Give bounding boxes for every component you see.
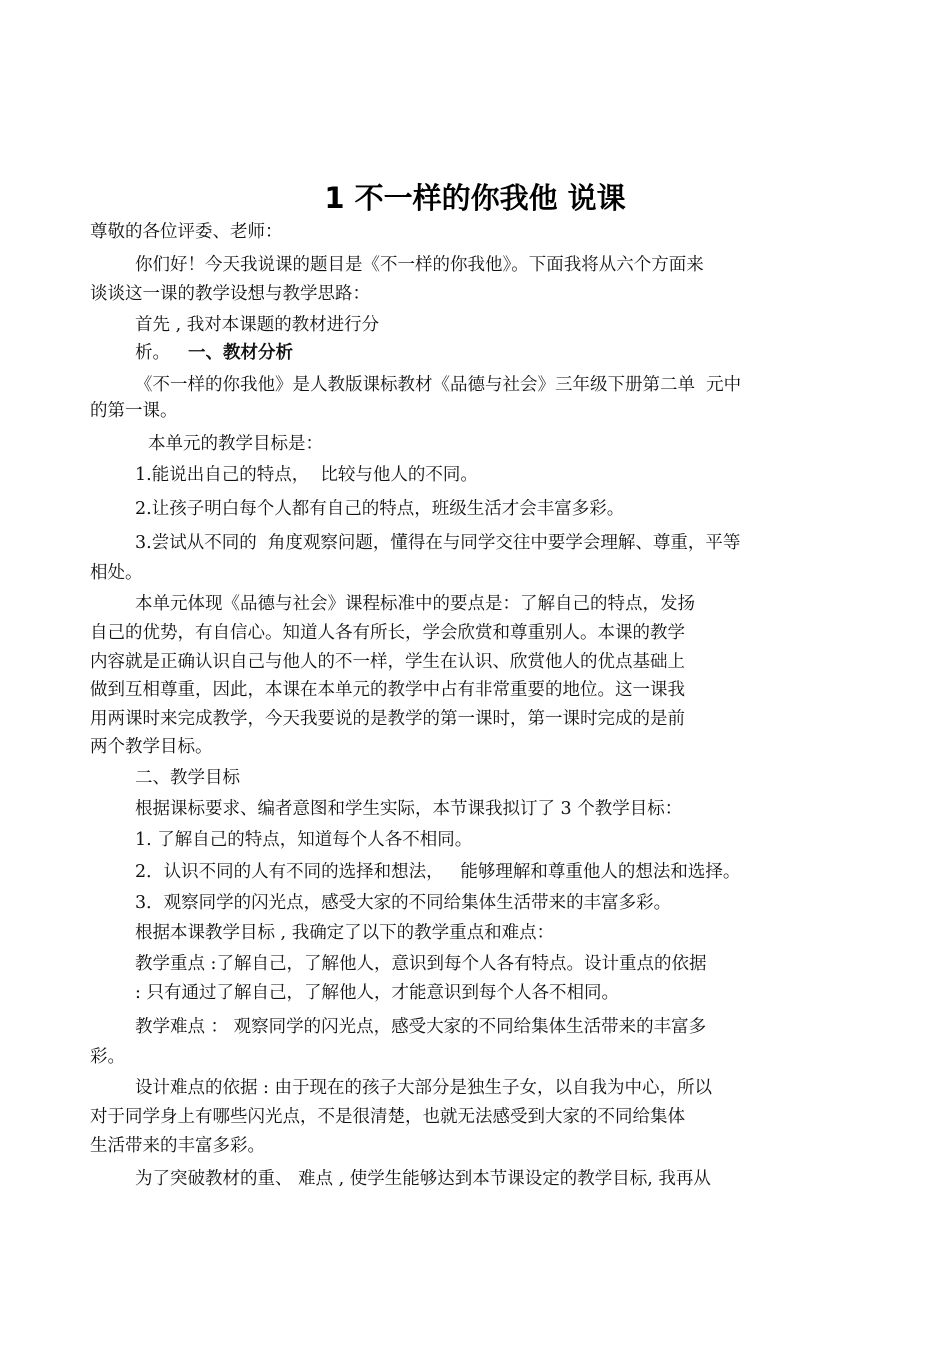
paragraph-line: 生活带来的丰富多彩。 [90, 1134, 265, 1158]
paragraph-line: 谈谈这一课的教学设想与教学思路： [90, 282, 370, 306]
list-item: 1.能说出自己的特点， 比较与他人的不同。 [135, 463, 478, 487]
paragraph-line: 设计难点的依据 : 由于现在的孩子大部分是独生子女，以自我为中心，所以 [135, 1076, 712, 1100]
paragraph-line: : 只有通过了解自己，了解他人，才能意识到每个人各不相同。 [135, 981, 619, 1005]
document-title: 1 不一样的你我他 说课 [0, 178, 950, 218]
paragraph-line: 自己的优势，有自信心。知道人各有所长，学会欣赏和尊重别人。本课的教学 [90, 621, 685, 645]
paragraph-line: 析。 [135, 341, 170, 365]
paragraph-line: 教学难点 ： 观察同学的闪光点，感受大家的不同给集体生活带来的丰富多 [135, 1015, 706, 1039]
paragraph-line: 本单元的教学目标是： [148, 432, 323, 456]
paragraph-line: 彩。 [90, 1045, 125, 1069]
paragraph-line: 对于同学身上有哪些闪光点，不是很清楚，也就无法感受到大家的不同给集体 [90, 1105, 685, 1129]
paragraph-line: 根据本课教学目标 , 我确定了以下的教学重点和难点： [135, 921, 554, 945]
paragraph-line: 做到互相尊重，因此，本课在本单元的教学中占有非常重要的地位。这一课我 [90, 678, 685, 702]
list-item: 1. 了解自己的特点，知道每个人各不相同。 [135, 828, 472, 852]
list-item: 3.尝试从不同的 角度观察问题，懂得在与同学交往中要学会理解、尊重，平等 [135, 531, 740, 555]
paragraph-line: 内容就是正确认识自己与他人的不一样，学生在认识、欣赏他人的优点基础上 [90, 650, 685, 674]
paragraph-line: 两个教学目标。 [90, 735, 213, 759]
paragraph-line: 本单元体现《品德与社会》课程标准中的要点是：了解自己的特点，发扬 [135, 592, 695, 616]
section-heading-1: 一、教材分析 [188, 341, 293, 365]
document-page: 1 不一样的你我他 说课 尊敬的各位评委、老师： 你们好！今天我说课的题目是《不… [0, 0, 950, 1345]
paragraph-line: 为了突破教材的重、 难点 , 使学生能够达到本节课设定的教学目标, 我再从 [135, 1167, 711, 1191]
paragraph-line: 的第一课。 [90, 399, 178, 423]
paragraph-line: 教学重点 :了解自己，了解他人，意识到每个人各有特点。设计重点的依据 [135, 952, 706, 976]
section-heading-2: 二、教学目标 [135, 766, 240, 790]
paragraph-line: 《不一样的你我他》是人教版课标教材《品德与社会》三年级下册第二单 元中 [135, 373, 741, 397]
paragraph-line: 相处。 [90, 561, 143, 585]
paragraph-line: 你们好！今天我说课的题目是《不一样的你我他》。下面我将从六个方面来 [135, 253, 704, 277]
list-item: 3．观察同学的闪光点，感受大家的不同给集体生活带来的丰富多彩。 [135, 891, 671, 915]
salutation: 尊敬的各位评委、老师： [90, 220, 283, 244]
list-item: 2.让孩子明白每个人都有自己的特点，班级生活才会丰富多彩。 [135, 497, 624, 521]
paragraph-line: 首先 , 我对本课题的教材进行分 [135, 313, 379, 337]
paragraph-line: 用两课时来完成教学，今天我要说的是教学的第一课时，第一课时完成的是前 [90, 707, 685, 731]
list-item: 2．认识不同的人有不同的选择和想法， 能够理解和尊重他人的想法和选择。 [135, 860, 740, 884]
paragraph-line: 根据课标要求、编者意图和学生实际，本节课我拟订了 3 个教学目标： [135, 797, 682, 821]
